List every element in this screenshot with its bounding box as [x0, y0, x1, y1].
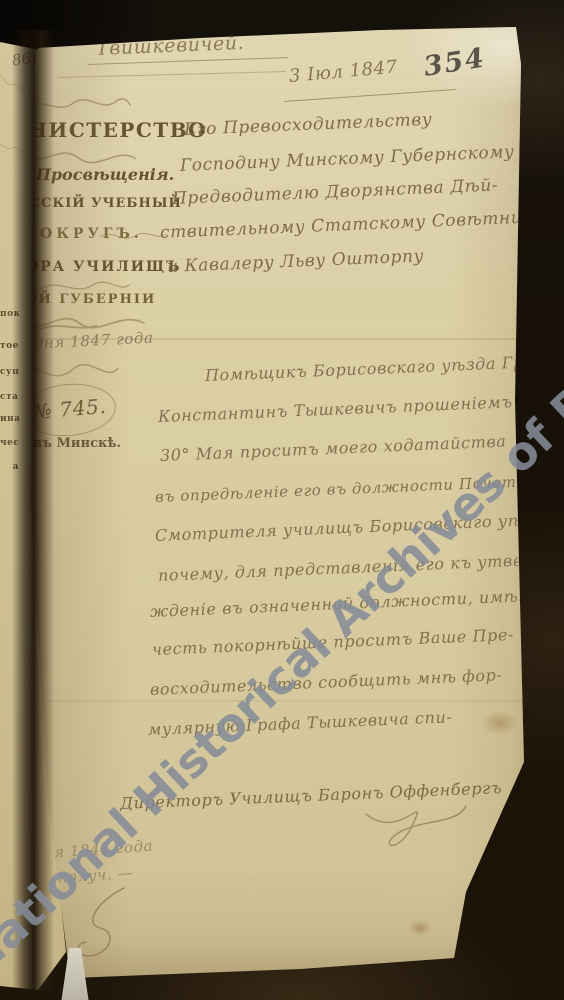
signature-flourish-icon [360, 796, 470, 852]
binding-fold-shadow [12, 30, 54, 990]
archive-document-photo: 86. пок тоеб сущ стан инаг чест а Твишке… [0, 0, 564, 1000]
flourish-icon [98, 226, 168, 248]
